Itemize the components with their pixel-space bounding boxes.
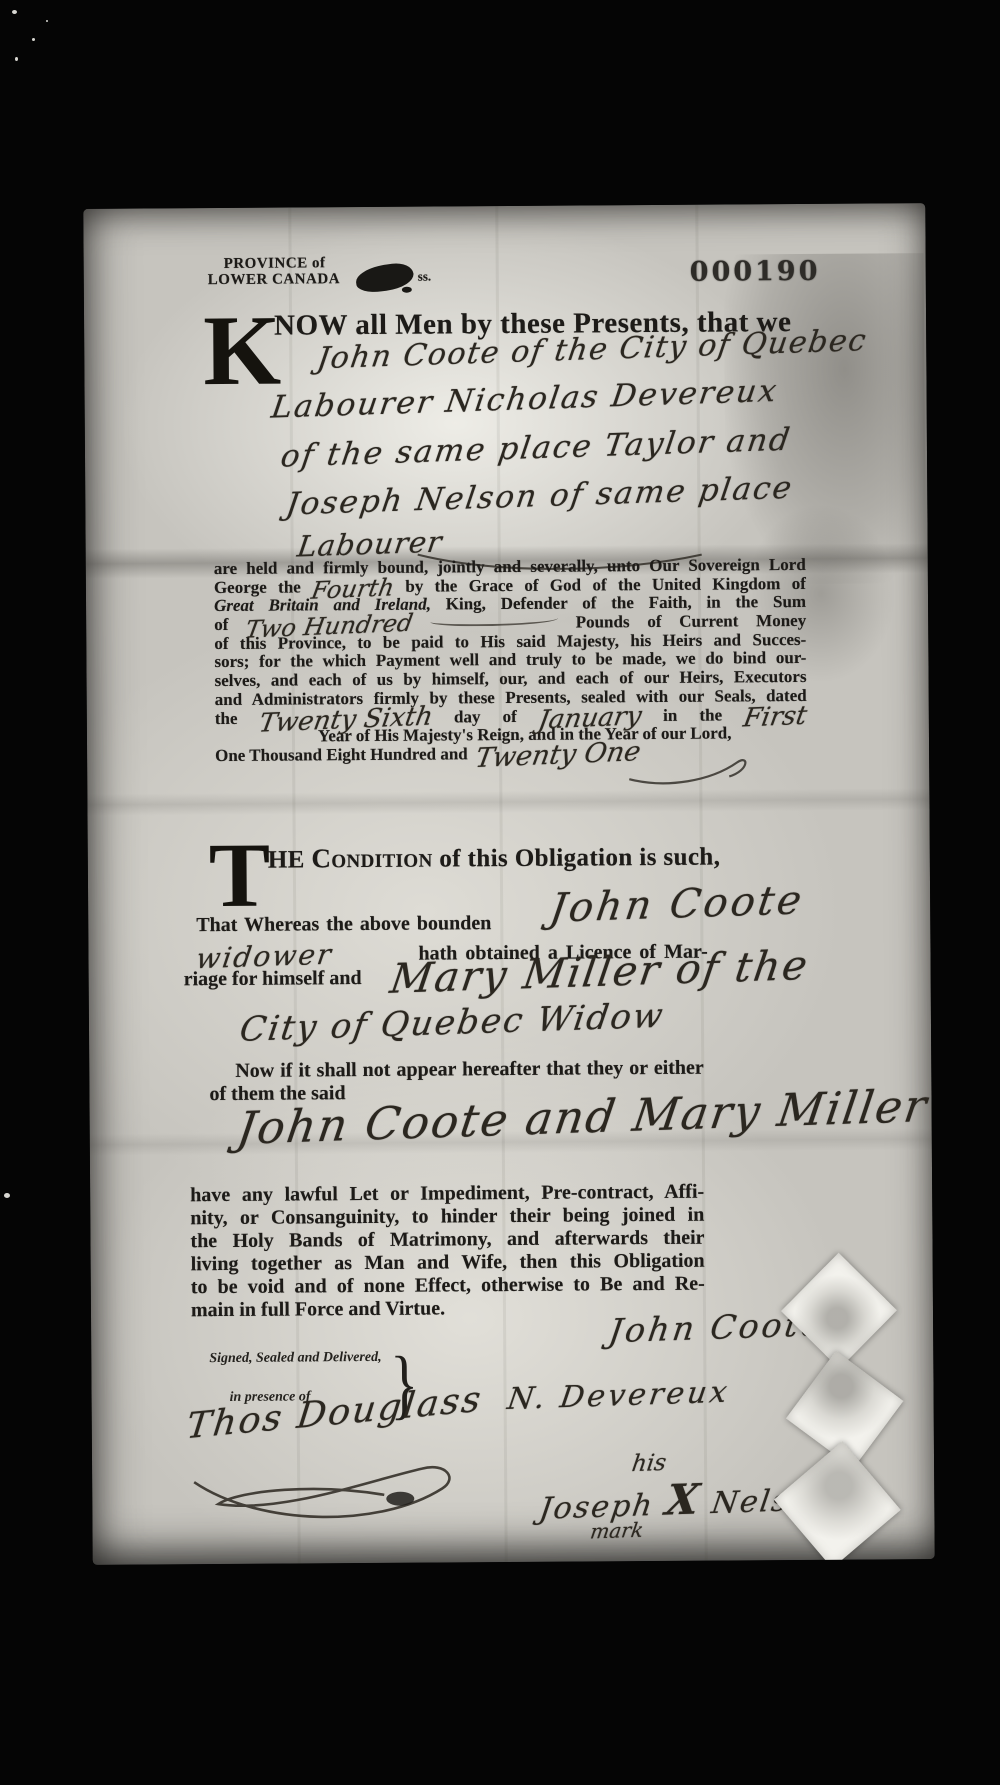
document-paper: PROVINCE of LOWER CANADA ss. 000190 K NO…: [83, 203, 934, 1565]
wax-seal-paper: [781, 1253, 897, 1369]
condition-text: to be void and of none Effect, otherwise…: [191, 1273, 705, 1299]
handwritten-insert: Fourth: [311, 583, 395, 594]
condition-text: main in full Force and Virtue.: [191, 1297, 445, 1321]
handwritten-insert: Twenty One: [475, 748, 641, 763]
condition-line: to be void and of none Effect, otherwise…: [191, 1273, 705, 1300]
condition-heading-word: Condition: [311, 843, 432, 874]
dust-speck: [15, 57, 18, 61]
handwritten-insert: First: [743, 711, 807, 722]
handwritten-insert: Twenty Sixth: [258, 712, 433, 727]
bond-text: One Thousand Eight Hundred and: [215, 744, 468, 765]
dust-speck: [32, 38, 35, 41]
condition-text: living together as Man and Wife, then th…: [191, 1250, 705, 1276]
attestation-line1: Signed, Sealed and Delivered,: [209, 1350, 381, 1367]
bond-text: in the: [663, 705, 722, 724]
condition-heading-he: HE: [268, 846, 305, 873]
handwritten-principals-line: Labourer Nicholas Devereux: [269, 373, 780, 426]
condition-clause: riage for himself and: [184, 967, 362, 991]
condition-text: the Holy Bands of Matrimony, and afterwa…: [190, 1227, 704, 1253]
scanned-document-photo: PROVINCE of LOWER CANADA ss. 000190 K NO…: [0, 0, 1000, 1785]
province-stamp-line2: LOWER CANADA: [208, 271, 340, 289]
handwritten-insert: Two Hundred: [245, 619, 413, 634]
wax-seal-paper: [774, 1441, 901, 1565]
signature-devereux: N. Devereux: [505, 1375, 732, 1417]
handwritten-principals-line: of the same place Taylor and: [278, 422, 793, 475]
handwritten-city-quebec: City of Quebec Widow: [237, 996, 667, 1050]
dust-speck: [4, 1193, 10, 1198]
dropcap-k: K: [203, 312, 281, 391]
condition-paragraph: have any lawful Let or Impediment, Pre-c…: [190, 1181, 705, 1323]
signature-flourish: [188, 1452, 469, 1532]
ink-blot: [402, 287, 412, 293]
fold-crease: [87, 788, 929, 816]
ink-stain: [724, 253, 926, 584]
bond-text: Pounds of Current Money: [576, 611, 807, 632]
handwritten-insert: January: [538, 712, 642, 724]
mark-word-his: his: [630, 1450, 668, 1477]
condition-heading-rest: of this Obligation is such,: [439, 844, 720, 873]
handwritten-principals-line: Joseph Nelson of same place: [284, 470, 796, 523]
province-stamp-line1: PROVINCE of: [224, 255, 326, 273]
pen-rule: [430, 614, 558, 627]
bond-text: day of: [454, 706, 517, 725]
condition-clause: Now if it shall not appear hereafter tha…: [235, 1057, 704, 1083]
handwritten-john-coote: John Coote: [547, 877, 807, 931]
dust-speck: [46, 20, 48, 22]
x-mark: X: [663, 1474, 705, 1524]
bond-text: of: [214, 615, 228, 634]
bond-paragraph: are held and firmly bound, jointly and s…: [214, 556, 807, 766]
serial-number: 000190: [690, 256, 821, 288]
province-stamp-note: ss.: [418, 269, 431, 285]
condition-text: nity, or Consanguinity, to hinder their …: [190, 1204, 704, 1230]
bond-text: the: [215, 708, 238, 727]
condition-heading: HE Condition of this Obligation is such,: [268, 841, 721, 875]
condition-clause: That Whereas the above bounden: [196, 912, 491, 937]
pen-flourish: [627, 752, 757, 789]
condition-text: have any lawful Let or Impediment, Pre-c…: [190, 1181, 704, 1207]
mark-word-mark: mark: [589, 1518, 645, 1544]
bond-text: George the: [214, 577, 301, 597]
dust-speck: [12, 10, 17, 14]
dropcap-t: T: [209, 840, 271, 912]
